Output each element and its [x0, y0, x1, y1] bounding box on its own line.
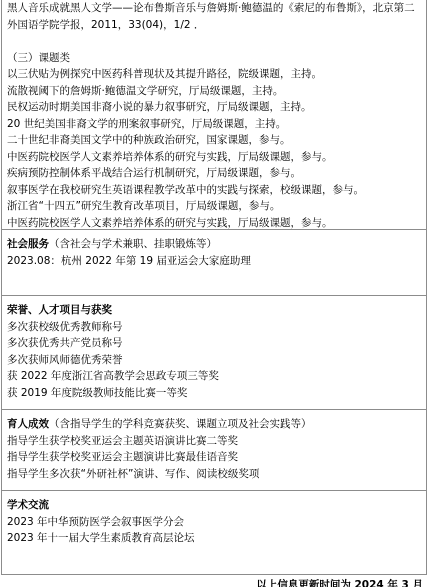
section-title: 社会服务: [7, 238, 49, 250]
social-service-heading: 社会服务（含社会与学术兼职、挂职锻炼等）: [7, 236, 426, 253]
publication-line: 外国语学院学报，2011，33(04)，1/2 ．: [7, 17, 426, 34]
spacer: [7, 33, 426, 50]
education-result-item: 指导学生多次获“外研社杯”演讲、写作、阅读校级奖项: [7, 466, 426, 483]
project-item: 二十世纪非裔美国文学中的种族政治研究，国家课题，参与。: [7, 132, 426, 149]
academic-exchange-item: 2023 年中华预防医学会叙事医学分会: [7, 514, 426, 531]
education-result-item: 指导学生获学校奖亚运会主题演讲比赛最佳语音奖: [7, 449, 426, 466]
social-service-item: 2023.08：杭州 2022 年第 19 届亚运会大家庭助理: [7, 253, 426, 270]
academic-exchange-item: 2023 年十一届大学生素质教育高层论坛: [7, 530, 426, 547]
project-item: 以三伏贴为例探究中医药科普现状及其提升路径，院级课题，主持。: [7, 66, 426, 83]
education-result-item: 指导学生获学校奖亚运会主题英语演讲比赛二等奖: [7, 433, 426, 450]
project-item: 疾病预防控制体系平战结合运行机制研究，厅局级课题，参与。: [7, 165, 426, 182]
project-item: 浙江省“十四五”研究生教育改革项目，厅局级课题，参与。: [7, 198, 426, 215]
project-item: 流散视阈下的詹姆斯·鲍德温文学研究，厅局级课题，主持。: [7, 83, 426, 100]
project-item: 20 世纪美国非裔文学的刑案叙事研究，厅局级课题，主持。: [7, 116, 426, 133]
honor-item: 多次获优秀共产党员称号: [7, 335, 426, 352]
education-results-cell: 育人成效（含指导学生的学科竞赛获奖、课题立项及社会实践等） 指导学生获学校奖亚运…: [2, 409, 426, 490]
education-results-heading: 育人成效（含指导学生的学科竞赛获奖、课题立项及社会实践等）: [7, 416, 426, 433]
publication-line: 黑人音乐成就黑人文学——论布鲁斯音乐与詹姆斯·鲍德温的《索尼的布鲁斯》，北京第二: [7, 0, 426, 17]
section-title: 荣誉、人才项目与获奖: [7, 302, 426, 319]
honor-item: 获 2019 年度院级教师技能比赛一等奖: [7, 385, 426, 402]
honor-item: 获 2022 年度浙江省高教学会思政专项三等奖: [7, 368, 426, 385]
research-cell: 黑人音乐成就黑人文学——论布鲁斯音乐与詹姆斯·鲍德温的《索尼的布鲁斯》，北京第二…: [2, 0, 426, 229]
section-title: 学术交流: [7, 497, 426, 514]
section-title: 育人成效: [7, 418, 49, 430]
project-item: 叙事医学在我校研究生英语课程教学改革中的实践与探索，校级课题，参与。: [7, 182, 426, 199]
update-note: 以上信息更新时间为 2024 年 3 月: [256, 578, 423, 587]
project-item: 中医药院校医学人文素养培养体系的研究与实践，厅局级课题，参与。: [7, 149, 426, 166]
profile-table: 黑人音乐成就黑人文学——论布鲁斯音乐与詹姆斯·鲍德温的《索尼的布鲁斯》，北京第二…: [1, 0, 427, 575]
honor-item: 多次获校级优秀教师称号: [7, 319, 426, 336]
project-item: 民权运动时期美国非裔小说的暴力叙事研究，厅局级课题，主持。: [7, 99, 426, 116]
social-service-cell: 社会服务（含社会与学术兼职、挂职锻炼等） 2023.08：杭州 2022 年第 …: [2, 229, 426, 295]
honor-item: 多次获师风师德优秀荣誉: [7, 352, 426, 369]
section-subtitle: （含指导学生的学科竞赛获奖、课题立项及社会实践等）: [49, 418, 312, 430]
projects-heading: （三）课题类: [7, 50, 426, 67]
section-subtitle: （含社会与学术兼职、挂职锻炼等）: [49, 238, 217, 250]
academic-exchange-cell: 学术交流 2023 年中华预防医学会叙事医学分会 2023 年十一届大学生素质教…: [2, 490, 426, 574]
honors-cell: 荣誉、人才项目与获奖 多次获校级优秀教师称号 多次获优秀共产党员称号 多次获师风…: [2, 295, 426, 409]
